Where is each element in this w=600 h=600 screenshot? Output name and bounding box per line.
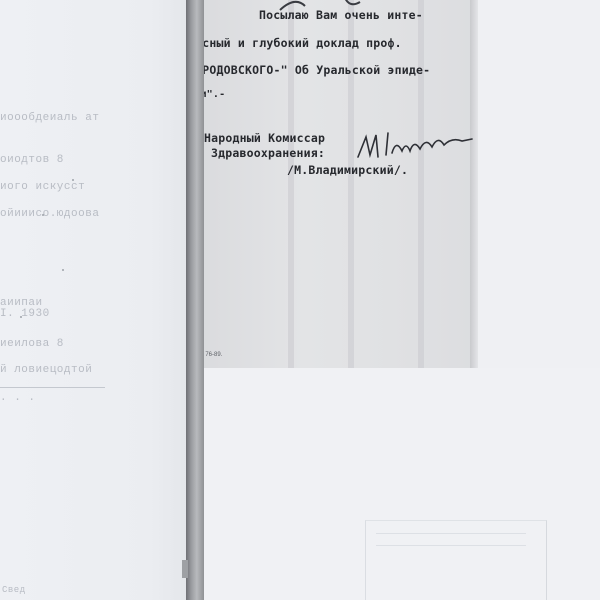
- body-line: ресный и глубокий доклад проф.: [188, 36, 402, 50]
- faded-text-line: Свед: [2, 585, 26, 595]
- speck: [20, 316, 22, 318]
- faded-text-line: . . .: [0, 392, 36, 404]
- speck: [72, 179, 74, 181]
- faded-text-line: I. 1930: [0, 308, 50, 320]
- faded-text-line: иого искусст: [0, 181, 85, 193]
- faded-rule: [0, 387, 105, 388]
- body-line: ЗДРОДОВСКОГО-" Об Уральской эпиде-: [188, 63, 430, 77]
- document-edge: [470, 0, 478, 368]
- binding-clip: [182, 560, 188, 578]
- signature-title: Народный Комиссар: [204, 131, 325, 145]
- left-page: иоообдеиаль ат оиодтов 8 иого искусст ой…: [0, 0, 188, 600]
- binding-spine: [186, 0, 204, 600]
- speck: [42, 214, 44, 216]
- pasted-document: [188, 0, 478, 368]
- faded-text-line: ойииисо.юдоова: [0, 208, 99, 220]
- signature-title: Здравоохранения:: [211, 146, 325, 160]
- faded-text-line: иеилова 8: [0, 338, 64, 350]
- faded-text-line: иоообдеиаль ат: [0, 112, 99, 124]
- faint-stamp-box: [365, 520, 547, 600]
- handwritten-signature-icon: [356, 127, 476, 167]
- speck: [62, 269, 64, 271]
- faded-text-line: оиодтов 8: [0, 154, 64, 166]
- faded-text-line: й ловиецодтой: [0, 364, 92, 376]
- body-line: Посылаю Вам очень инте-: [259, 8, 423, 22]
